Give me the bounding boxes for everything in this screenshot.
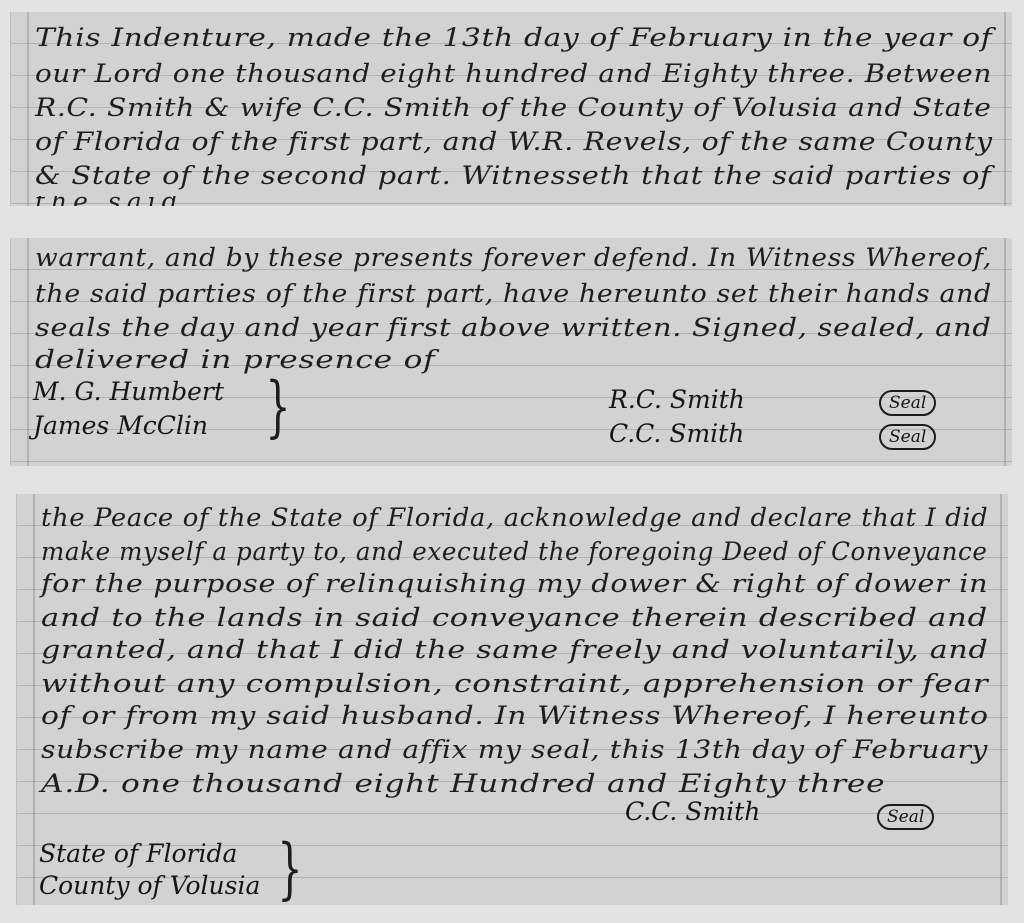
text-line: and to the lands in said conveyance ther… xyxy=(41,602,988,634)
text-line: This Indenture, made the 13th day of Feb… xyxy=(35,22,992,54)
panel-wife-acknowledgment: the Peace of the State of Florida, ackno… xyxy=(16,494,1008,905)
venue-brace: } xyxy=(277,836,302,902)
text-line: delivered in presence of xyxy=(35,344,435,376)
text-line: granted, and that I did the same freely … xyxy=(41,634,989,666)
text-line: the Peace of the State of Florida, ackno… xyxy=(41,502,988,534)
seal-mark: Seal xyxy=(879,424,936,450)
text-line: of or from my said husband. In Witness W… xyxy=(41,700,989,732)
seal-mark: Seal xyxy=(877,804,934,830)
seal-mark: Seal xyxy=(879,390,936,416)
text-line: without any compulsion, constraint, appr… xyxy=(41,668,988,700)
text-line: the said parties of the first part, have… xyxy=(35,278,992,310)
text-line: our Lord one thousand eight hundred and … xyxy=(35,58,992,90)
text-line: seals the day and year first above writt… xyxy=(35,312,992,344)
venue-state: State of Florida xyxy=(39,838,237,870)
panel-indenture-opening: This Indenture, made the 13th day of Feb… xyxy=(10,12,1012,206)
witness-brace: } xyxy=(265,374,290,440)
text-line: make myself a party to, and executed the… xyxy=(41,536,988,568)
text-line: of Florida of the first part, and W.R. R… xyxy=(35,126,993,158)
text-line: R.C. Smith & wife C.C. Smith of the Coun… xyxy=(35,92,992,124)
signature-name: C.C. Smith xyxy=(609,418,744,450)
panel-signature-block: warrant, and by these presents forever d… xyxy=(10,238,1012,466)
venue-county: County of Volusia xyxy=(39,870,260,902)
text-line: & State of the second part. Witnesseth t… xyxy=(35,160,991,192)
witness-name: M. G. Humbert xyxy=(33,376,224,408)
text-line: warrant, and by these presents forever d… xyxy=(35,242,992,274)
signature-name: C.C. Smith xyxy=(625,796,760,828)
witness-name: James McClin xyxy=(33,410,208,442)
text-line: subscribe my name and affix my seal, thi… xyxy=(41,734,988,766)
text-line: for the purpose of relinquishing my dowe… xyxy=(41,568,988,600)
signature-name: R.C. Smith xyxy=(609,384,745,416)
cut-off-line: the said ... ... ... ... xyxy=(35,196,407,206)
